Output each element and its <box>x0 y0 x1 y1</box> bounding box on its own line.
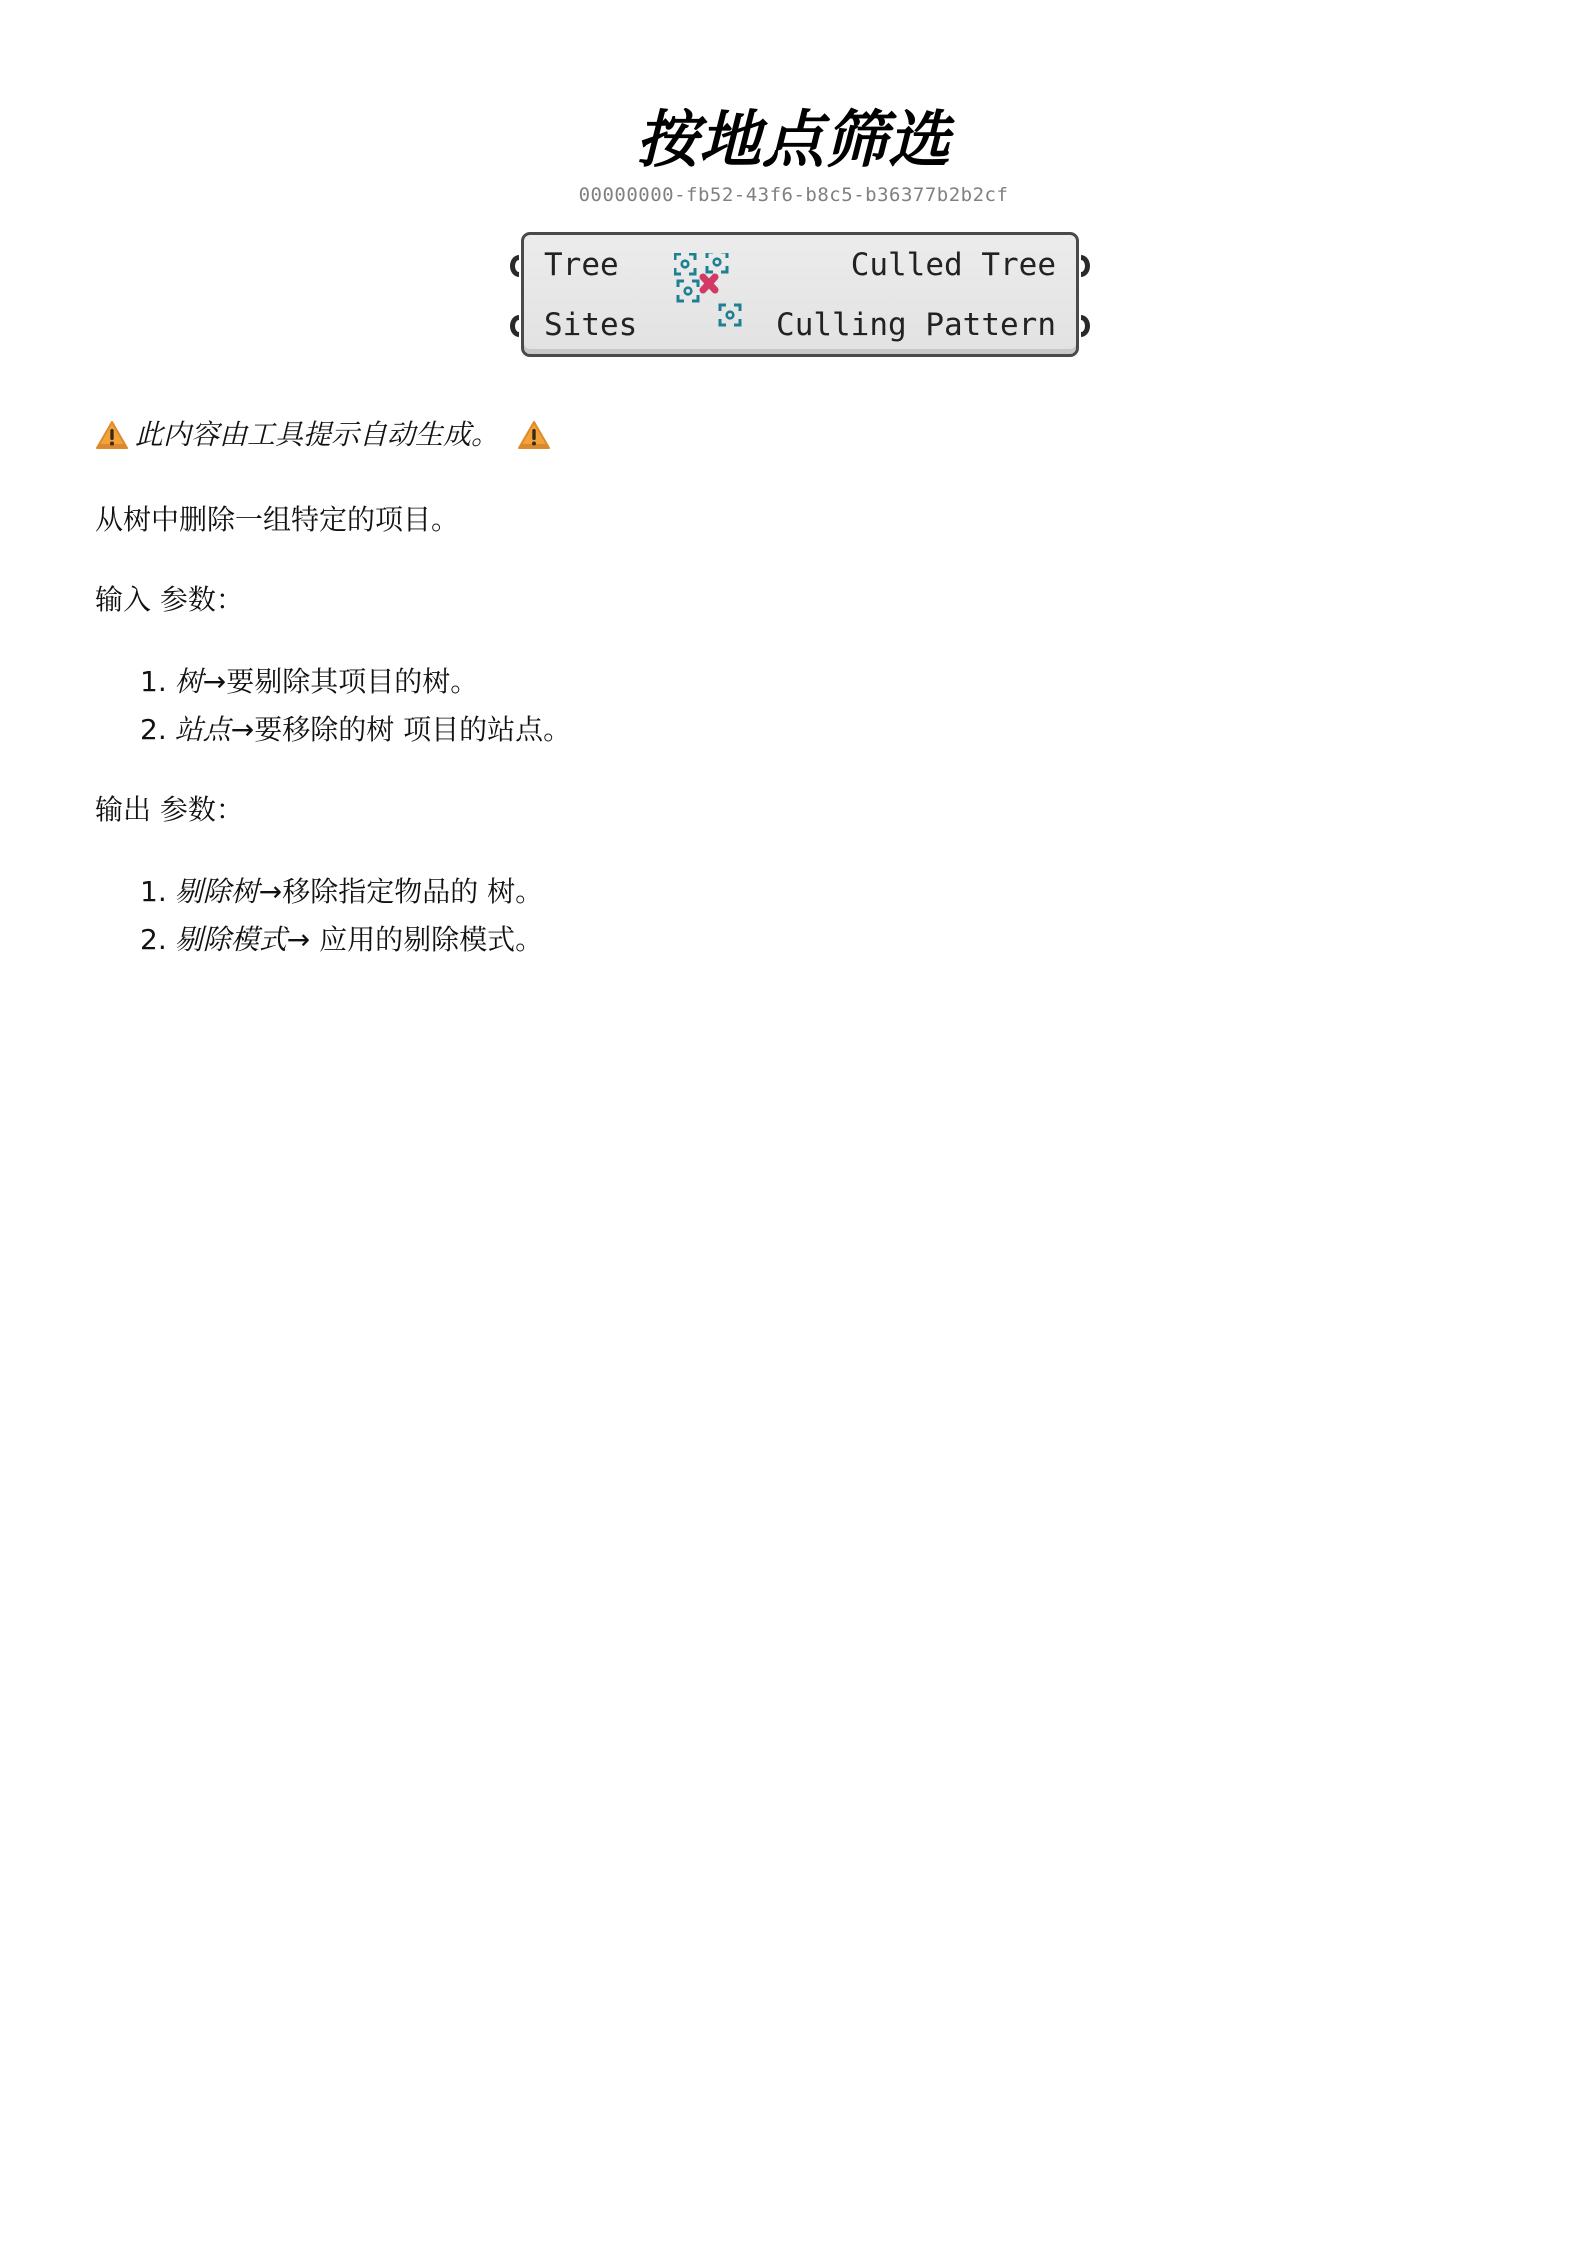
arrow: → <box>287 923 310 956</box>
param-desc: 应用的剔除模式。 <box>310 923 543 956</box>
output-grip-culled-tree[interactable] <box>1072 255 1090 277</box>
page-title: 按地点筛选 <box>0 100 1587 180</box>
notice-text: 此内容由工具提示自动生成。 <box>135 410 499 460</box>
warning-icon <box>517 420 551 450</box>
param-desc: 要移除的树 项目的站点。 <box>254 713 571 746</box>
param-name: 剔除模式 <box>175 923 287 956</box>
list-item: 1.树→要剔除其项目的树。 <box>140 658 571 706</box>
autogen-notice: 此内容由工具提示自动生成。 <box>95 410 1495 460</box>
arrow: → <box>259 875 282 908</box>
input-grip-sites[interactable] <box>510 315 528 337</box>
output-label-culling-pattern: Culling Pattern <box>776 307 1056 343</box>
param-name: 站点 <box>175 713 231 746</box>
list-item: 1.剔除树→移除指定物品的 树。 <box>140 868 543 916</box>
item-number: 1. <box>140 665 167 698</box>
param-name: 树 <box>175 665 203 698</box>
list-item: 2.站点→要移除的树 项目的站点。 <box>140 706 571 754</box>
outputs-heading: 输出 参数： <box>95 790 244 830</box>
item-number: 2. <box>140 923 167 956</box>
cull-sites-icon <box>674 253 756 329</box>
item-number: 2. <box>140 713 167 746</box>
item-number: 1. <box>140 875 167 908</box>
inputs-heading: 输入 参数： <box>95 580 244 620</box>
param-desc: 要剔除其项目的树。 <box>226 665 478 698</box>
input-label-sites: Sites <box>544 307 637 343</box>
arrow: → <box>231 713 254 746</box>
list-item: 2.剔除模式→ 应用的剔除模式。 <box>140 916 543 964</box>
param-name: 剔除树 <box>175 875 259 908</box>
component-description: 从树中删除一组特定的项目。 <box>95 500 459 540</box>
outputs-list: 1.剔除树→移除指定物品的 树。 2.剔除模式→ 应用的剔除模式。 <box>140 868 543 964</box>
document-body: 此内容由工具提示自动生成。 从树中删除一组特定的项目。 输入 参数： 1.树→要… <box>95 410 1495 460</box>
inputs-list: 1.树→要剔除其项目的树。 2.站点→要移除的树 项目的站点。 <box>140 658 571 754</box>
output-label-culled-tree: Culled Tree <box>851 247 1056 283</box>
output-grip-culling-pattern[interactable] <box>1072 315 1090 337</box>
component-node[interactable]: Tree Sites Culled Tree Culling Pattern <box>521 232 1079 357</box>
arrow: → <box>203 665 226 698</box>
warning-icon <box>95 420 129 450</box>
component-guid: 00000000-fb52-43f6-b8c5-b36377b2b2cf <box>0 184 1587 206</box>
param-desc: 移除指定物品的 树。 <box>282 875 543 908</box>
input-label-tree: Tree <box>544 247 619 283</box>
input-grip-tree[interactable] <box>510 255 528 277</box>
